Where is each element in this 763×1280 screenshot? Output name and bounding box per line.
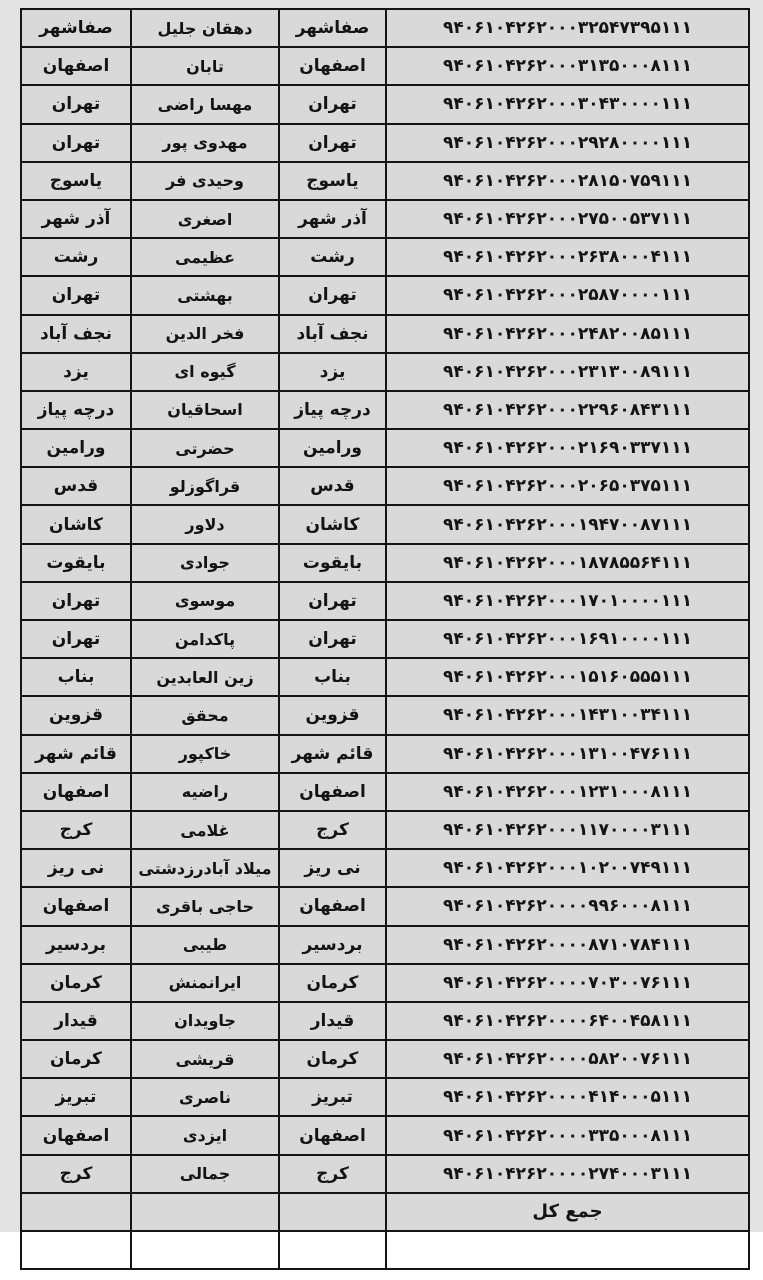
table-row: تهرانمهسا راضیتهران۹۴۰۶۱۰۴۲۶۲۰۰۰۳۰۴۳۰۰۰۰… — [21, 85, 749, 123]
name-cell: حاجی باقری — [131, 887, 279, 925]
city-left-cell: کرج — [21, 1155, 131, 1193]
city-left-cell: قزوین — [21, 696, 131, 734]
code-cell: ۹۴۰۶۱۰۴۲۶۲۰۰۰۲۵۸۷۰۰۰۰۱۱۱ — [386, 276, 749, 314]
table-row: تهرانموسویتهران۹۴۰۶۱۰۴۲۶۲۰۰۰۱۷۰۱۰۰۰۰۱۱۱ — [21, 582, 749, 620]
city-left-cell: نی ریز — [21, 849, 131, 887]
code-cell: ۹۴۰۶۱۰۴۲۶۲۰۰۰۱۷۰۱۰۰۰۰۱۱۱ — [386, 582, 749, 620]
city-left-cell: قیدار — [21, 1002, 131, 1040]
city-left-cell: قدس — [21, 467, 131, 505]
code-cell: ۹۴۰۶۱۰۴۲۶۲۰۰۰۳۱۳۵۰۰۰۸۱۱۱ — [386, 47, 749, 85]
city-right-cell: نی ریز — [279, 849, 386, 887]
table-row: رشتعظیمیرشت۹۴۰۶۱۰۴۲۶۲۰۰۰۲۶۳۸۰۰۰۴۱۱۱ — [21, 238, 749, 276]
city-left-cell: اصفهان — [21, 1116, 131, 1154]
name-cell: طیبی — [131, 926, 279, 964]
city-right-cell: درچه پیاز — [279, 391, 386, 429]
city-left-cell: بناب — [21, 658, 131, 696]
name-cell: میلاد آبادرزدشتی — [131, 849, 279, 887]
code-cell: ۹۴۰۶۱۰۴۲۶۲۰۰۰۱۶۹۱۰۰۰۰۱۱۱ — [386, 620, 749, 658]
registry-table: صفاشهردهقان جلیلصفاشهر۹۴۰۶۱۰۴۲۶۲۰۰۰۳۲۵۴۷… — [20, 8, 750, 1270]
code-cell: ۹۴۰۶۱۰۴۲۶۲۰۰۰۱۹۴۷۰۰۸۷۱۱۱ — [386, 505, 749, 543]
table-row: ورامینحضرتیورامین۹۴۰۶۱۰۴۲۶۲۰۰۰۲۱۶۹۰۳۳۷۱۱… — [21, 429, 749, 467]
table-row: درچه پیازاسحاقیاندرچه پیاز۹۴۰۶۱۰۴۲۶۲۰۰۰۲… — [21, 391, 749, 429]
name-cell: خاکپور — [131, 735, 279, 773]
table-row: اصفهانحاجی باقریاصفهان۹۴۰۶۱۰۴۲۶۲۰۰۰۰۹۹۶۰… — [21, 887, 749, 925]
city-right-cell: تهران — [279, 85, 386, 123]
city-right-cell: بایقوت — [279, 544, 386, 582]
city-left-cell: صفاشهر — [21, 9, 131, 47]
code-cell: ۹۴۰۶۱۰۴۲۶۲۰۰۰۰۸۷۱۰۷۸۴۱۱۱ — [386, 926, 749, 964]
table-row: تهرانپاکدامنتهران۹۴۰۶۱۰۴۲۶۲۰۰۰۱۶۹۱۰۰۰۰۱۱… — [21, 620, 749, 658]
name-cell: جاویدان — [131, 1002, 279, 1040]
name-cell: عظیمی — [131, 238, 279, 276]
table-row: قائم شهرخاکپورقائم شهر۹۴۰۶۱۰۴۲۶۲۰۰۰۱۳۱۰۰… — [21, 735, 749, 773]
city-right-cell: کرج — [279, 1155, 386, 1193]
code-cell: ۹۴۰۶۱۰۴۲۶۲۰۰۰۰۷۰۳۰۰۷۶۱۱۱ — [386, 964, 749, 1002]
code-cell: ۹۴۰۶۱۰۴۲۶۲۰۰۰۱۴۳۱۰۰۳۴۱۱۱ — [386, 696, 749, 734]
name-cell: دهقان جلیل — [131, 9, 279, 47]
name-cell: وحیدی فر — [131, 162, 279, 200]
city-left-cell: اصفهان — [21, 887, 131, 925]
table-row: کاشاندلاورکاشان۹۴۰۶۱۰۴۲۶۲۰۰۰۱۹۴۷۰۰۸۷۱۱۱ — [21, 505, 749, 543]
table-row: بایقوتجوادیبایقوت۹۴۰۶۱۰۴۲۶۲۰۰۰۱۸۷۸۵۵۶۴۱۱… — [21, 544, 749, 582]
city-right-cell: اصفهان — [279, 1116, 386, 1154]
total-empty-cell — [21, 1193, 131, 1231]
code-cell: ۹۴۰۶۱۰۴۲۶۲۰۰۰۲۶۳۸۰۰۰۴۱۱۱ — [386, 238, 749, 276]
name-cell: مهدوی پور — [131, 124, 279, 162]
city-left-cell: تهران — [21, 276, 131, 314]
table-row: بردسیرطیبیبردسیر۹۴۰۶۱۰۴۲۶۲۰۰۰۰۸۷۱۰۷۸۴۱۱۱ — [21, 926, 749, 964]
city-right-cell: اصفهان — [279, 773, 386, 811]
table-row: تهرانمهدوی پورتهران۹۴۰۶۱۰۴۲۶۲۰۰۰۲۹۲۸۰۰۰۰… — [21, 124, 749, 162]
city-left-cell: کاشان — [21, 505, 131, 543]
code-cell: ۹۴۰۶۱۰۴۲۶۲۰۰۰۰۶۴۰۰۴۵۸۱۱۱ — [386, 1002, 749, 1040]
table-row: کرمانقریشیکرمان۹۴۰۶۱۰۴۲۶۲۰۰۰۰۵۸۲۰۰۷۶۱۱۱ — [21, 1040, 749, 1078]
code-cell: ۹۴۰۶۱۰۴۲۶۲۰۰۰۲۴۸۲۰۰۸۵۱۱۱ — [386, 315, 749, 353]
table-row: اصفهانراضیهاصفهان۹۴۰۶۱۰۴۲۶۲۰۰۰۱۲۳۱۰۰۰۸۱۱… — [21, 773, 749, 811]
table-row: بنابزین العابدینبناب۹۴۰۶۱۰۴۲۶۲۰۰۰۱۵۱۶۰۵۵… — [21, 658, 749, 696]
code-cell: ۹۴۰۶۱۰۴۲۶۲۰۰۰۱۱۷۰۰۰۰۳۱۱۱ — [386, 811, 749, 849]
city-left-cell: آذر شهر — [21, 200, 131, 238]
name-cell: مهسا راضی — [131, 85, 279, 123]
code-cell: ۹۴۰۶۱۰۴۲۶۲۰۰۰۲۱۶۹۰۳۳۷۱۱۱ — [386, 429, 749, 467]
table-row: قدسقراگوزلوقدس۹۴۰۶۱۰۴۲۶۲۰۰۰۲۰۶۵۰۳۷۵۱۱۱ — [21, 467, 749, 505]
city-right-cell: تهران — [279, 582, 386, 620]
table-row: اصفهانایزدیاصفهان۹۴۰۶۱۰۴۲۶۲۰۰۰۰۳۳۵۰۰۰۸۱۱… — [21, 1116, 749, 1154]
city-right-cell: ورامین — [279, 429, 386, 467]
empty-cell — [279, 1231, 386, 1269]
name-cell: گیوه ای — [131, 353, 279, 391]
city-left-cell: اصفهان — [21, 47, 131, 85]
total-label: جمع کل — [386, 1193, 749, 1231]
code-cell: ۹۴۰۶۱۰۴۲۶۲۰۰۰۲۰۶۵۰۳۷۵۱۱۱ — [386, 467, 749, 505]
city-left-cell: بردسیر — [21, 926, 131, 964]
table-row: کرمانایرانمنشکرمان۹۴۰۶۱۰۴۲۶۲۰۰۰۰۷۰۳۰۰۷۶۱… — [21, 964, 749, 1002]
name-cell: اسحاقیان — [131, 391, 279, 429]
name-cell: راضیه — [131, 773, 279, 811]
name-cell: فخر الدین — [131, 315, 279, 353]
name-cell: محقق — [131, 696, 279, 734]
code-cell: ۹۴۰۶۱۰۴۲۶۲۰۰۰۲۸۱۵۰۷۵۹۱۱۱ — [386, 162, 749, 200]
code-cell: ۹۴۰۶۱۰۴۲۶۲۰۰۰۱۲۳۱۰۰۰۸۱۱۱ — [386, 773, 749, 811]
code-cell: ۹۴۰۶۱۰۴۲۶۲۰۰۰۲۳۱۳۰۰۸۹۱۱۱ — [386, 353, 749, 391]
city-left-cell: قائم شهر — [21, 735, 131, 773]
city-left-cell: تهران — [21, 124, 131, 162]
name-cell: حضرتی — [131, 429, 279, 467]
empty-cell — [131, 1231, 279, 1269]
total-empty-cell — [131, 1193, 279, 1231]
city-left-cell: کرمان — [21, 964, 131, 1002]
code-cell: ۹۴۰۶۱۰۴۲۶۲۰۰۰۰۴۱۴۰۰۰۵۱۱۱ — [386, 1078, 749, 1116]
city-right-cell: کرمان — [279, 1040, 386, 1078]
city-left-cell: کرمان — [21, 1040, 131, 1078]
city-right-cell: یاسوج — [279, 162, 386, 200]
code-cell: ۹۴۰۶۱۰۴۲۶۲۰۰۰۳۰۴۳۰۰۰۰۱۱۱ — [386, 85, 749, 123]
name-cell: قریشی — [131, 1040, 279, 1078]
code-cell: ۹۴۰۶۱۰۴۲۶۲۰۰۰۰۲۷۴۰۰۰۳۱۱۱ — [386, 1155, 749, 1193]
city-right-cell: قیدار — [279, 1002, 386, 1040]
city-right-cell: بناب — [279, 658, 386, 696]
name-cell: جمالی — [131, 1155, 279, 1193]
table-row: کرججمالیکرج۹۴۰۶۱۰۴۲۶۲۰۰۰۰۲۷۴۰۰۰۳۱۱۱ — [21, 1155, 749, 1193]
code-cell: ۹۴۰۶۱۰۴۲۶۲۰۰۰۳۲۵۴۷۳۹۵۱۱۱ — [386, 9, 749, 47]
table-row: صفاشهردهقان جلیلصفاشهر۹۴۰۶۱۰۴۲۶۲۰۰۰۳۲۵۴۷… — [21, 9, 749, 47]
city-left-cell: اصفهان — [21, 773, 131, 811]
city-right-cell: اصفهان — [279, 887, 386, 925]
city-right-cell: قدس — [279, 467, 386, 505]
name-cell: ایرانمنش — [131, 964, 279, 1002]
table-row: قزوینمحقققزوین۹۴۰۶۱۰۴۲۶۲۰۰۰۱۴۳۱۰۰۳۴۱۱۱ — [21, 696, 749, 734]
city-right-cell: تهران — [279, 276, 386, 314]
city-right-cell: تبریز — [279, 1078, 386, 1116]
table-row: آذر شهراصغریآذر شهر۹۴۰۶۱۰۴۲۶۲۰۰۰۲۷۵۰۰۵۳۷… — [21, 200, 749, 238]
code-cell: ۹۴۰۶۱۰۴۲۶۲۰۰۰۱۳۱۰۰۴۷۶۱۱۱ — [386, 735, 749, 773]
city-left-cell: تهران — [21, 85, 131, 123]
name-cell: دلاور — [131, 505, 279, 543]
city-right-cell: تهران — [279, 620, 386, 658]
city-right-cell: رشت — [279, 238, 386, 276]
name-cell: زین العابدین — [131, 658, 279, 696]
city-left-cell: بایقوت — [21, 544, 131, 582]
city-right-cell: کاشان — [279, 505, 386, 543]
code-cell: ۹۴۰۶۱۰۴۲۶۲۰۰۰۱۰۲۰۰۷۴۹۱۱۱ — [386, 849, 749, 887]
city-right-cell: نجف آباد — [279, 315, 386, 353]
city-right-cell: بردسیر — [279, 926, 386, 964]
name-cell: تابان — [131, 47, 279, 85]
city-right-cell: آذر شهر — [279, 200, 386, 238]
total-empty-cell — [279, 1193, 386, 1231]
name-cell: جوادی — [131, 544, 279, 582]
total-row: جمع کل — [21, 1193, 749, 1231]
city-right-cell: اصفهان — [279, 47, 386, 85]
table-row: اصفهانتاباناصفهان۹۴۰۶۱۰۴۲۶۲۰۰۰۳۱۳۵۰۰۰۸۱۱… — [21, 47, 749, 85]
code-cell: ۹۴۰۶۱۰۴۲۶۲۰۰۰۱۸۷۸۵۵۶۴۱۱۱ — [386, 544, 749, 582]
table-row: تبریزناصریتبریز۹۴۰۶۱۰۴۲۶۲۰۰۰۰۴۱۴۰۰۰۵۱۱۱ — [21, 1078, 749, 1116]
name-cell: قراگوزلو — [131, 467, 279, 505]
city-left-cell: تهران — [21, 582, 131, 620]
name-cell: غلامی — [131, 811, 279, 849]
city-right-cell: قائم شهر — [279, 735, 386, 773]
table-row: نی ریزمیلاد آبادرزدشتینی ریز۹۴۰۶۱۰۴۲۶۲۰۰… — [21, 849, 749, 887]
city-right-cell: کرج — [279, 811, 386, 849]
city-left-cell: تهران — [21, 620, 131, 658]
name-cell: ناصری — [131, 1078, 279, 1116]
empty-cell — [386, 1231, 749, 1269]
table-row: نجف آبادفخر الدیننجف آباد۹۴۰۶۱۰۴۲۶۲۰۰۰۲۴… — [21, 315, 749, 353]
name-cell: پاکدامن — [131, 620, 279, 658]
name-cell: ایزدی — [131, 1116, 279, 1154]
name-cell: بهشتی — [131, 276, 279, 314]
city-left-cell: یاسوج — [21, 162, 131, 200]
table-row: تهرانبهشتیتهران۹۴۰۶۱۰۴۲۶۲۰۰۰۲۵۸۷۰۰۰۰۱۱۱ — [21, 276, 749, 314]
table-body: صفاشهردهقان جلیلصفاشهر۹۴۰۶۱۰۴۲۶۲۰۰۰۳۲۵۴۷… — [21, 9, 749, 1269]
empty-row — [21, 1231, 749, 1269]
city-left-cell: ورامین — [21, 429, 131, 467]
code-cell: ۹۴۰۶۱۰۴۲۶۲۰۰۰۲۲۹۶۰۸۴۳۱۱۱ — [386, 391, 749, 429]
empty-cell — [21, 1231, 131, 1269]
city-right-cell: صفاشهر — [279, 9, 386, 47]
code-cell: ۹۴۰۶۱۰۴۲۶۲۰۰۰۰۹۹۶۰۰۰۸۱۱۱ — [386, 887, 749, 925]
table-row: یاسوجوحیدی فریاسوج۹۴۰۶۱۰۴۲۶۲۰۰۰۲۸۱۵۰۷۵۹۱… — [21, 162, 749, 200]
table-row: یزدگیوه اییزد۹۴۰۶۱۰۴۲۶۲۰۰۰۲۳۱۳۰۰۸۹۱۱۱ — [21, 353, 749, 391]
code-cell: ۹۴۰۶۱۰۴۲۶۲۰۰۰۰۵۸۲۰۰۷۶۱۱۱ — [386, 1040, 749, 1078]
table-row: کرجغلامیکرج۹۴۰۶۱۰۴۲۶۲۰۰۰۱۱۷۰۰۰۰۳۱۱۱ — [21, 811, 749, 849]
name-cell: اصغری — [131, 200, 279, 238]
table-row: قیدارجاویدانقیدار۹۴۰۶۱۰۴۲۶۲۰۰۰۰۶۴۰۰۴۵۸۱۱… — [21, 1002, 749, 1040]
name-cell: موسوی — [131, 582, 279, 620]
code-cell: ۹۴۰۶۱۰۴۲۶۲۰۰۰۱۵۱۶۰۵۵۵۱۱۱ — [386, 658, 749, 696]
code-cell: ۹۴۰۶۱۰۴۲۶۲۰۰۰۰۳۳۵۰۰۰۸۱۱۱ — [386, 1116, 749, 1154]
city-right-cell: قزوین — [279, 696, 386, 734]
city-left-cell: یزد — [21, 353, 131, 391]
city-left-cell: کرج — [21, 811, 131, 849]
city-right-cell: کرمان — [279, 964, 386, 1002]
city-left-cell: رشت — [21, 238, 131, 276]
code-cell: ۹۴۰۶۱۰۴۲۶۲۰۰۰۲۹۲۸۰۰۰۰۱۱۱ — [386, 124, 749, 162]
city-left-cell: نجف آباد — [21, 315, 131, 353]
code-cell: ۹۴۰۶۱۰۴۲۶۲۰۰۰۲۷۵۰۰۵۳۷۱۱۱ — [386, 200, 749, 238]
city-left-cell: درچه پیاز — [21, 391, 131, 429]
city-right-cell: یزد — [279, 353, 386, 391]
city-right-cell: تهران — [279, 124, 386, 162]
city-left-cell: تبریز — [21, 1078, 131, 1116]
